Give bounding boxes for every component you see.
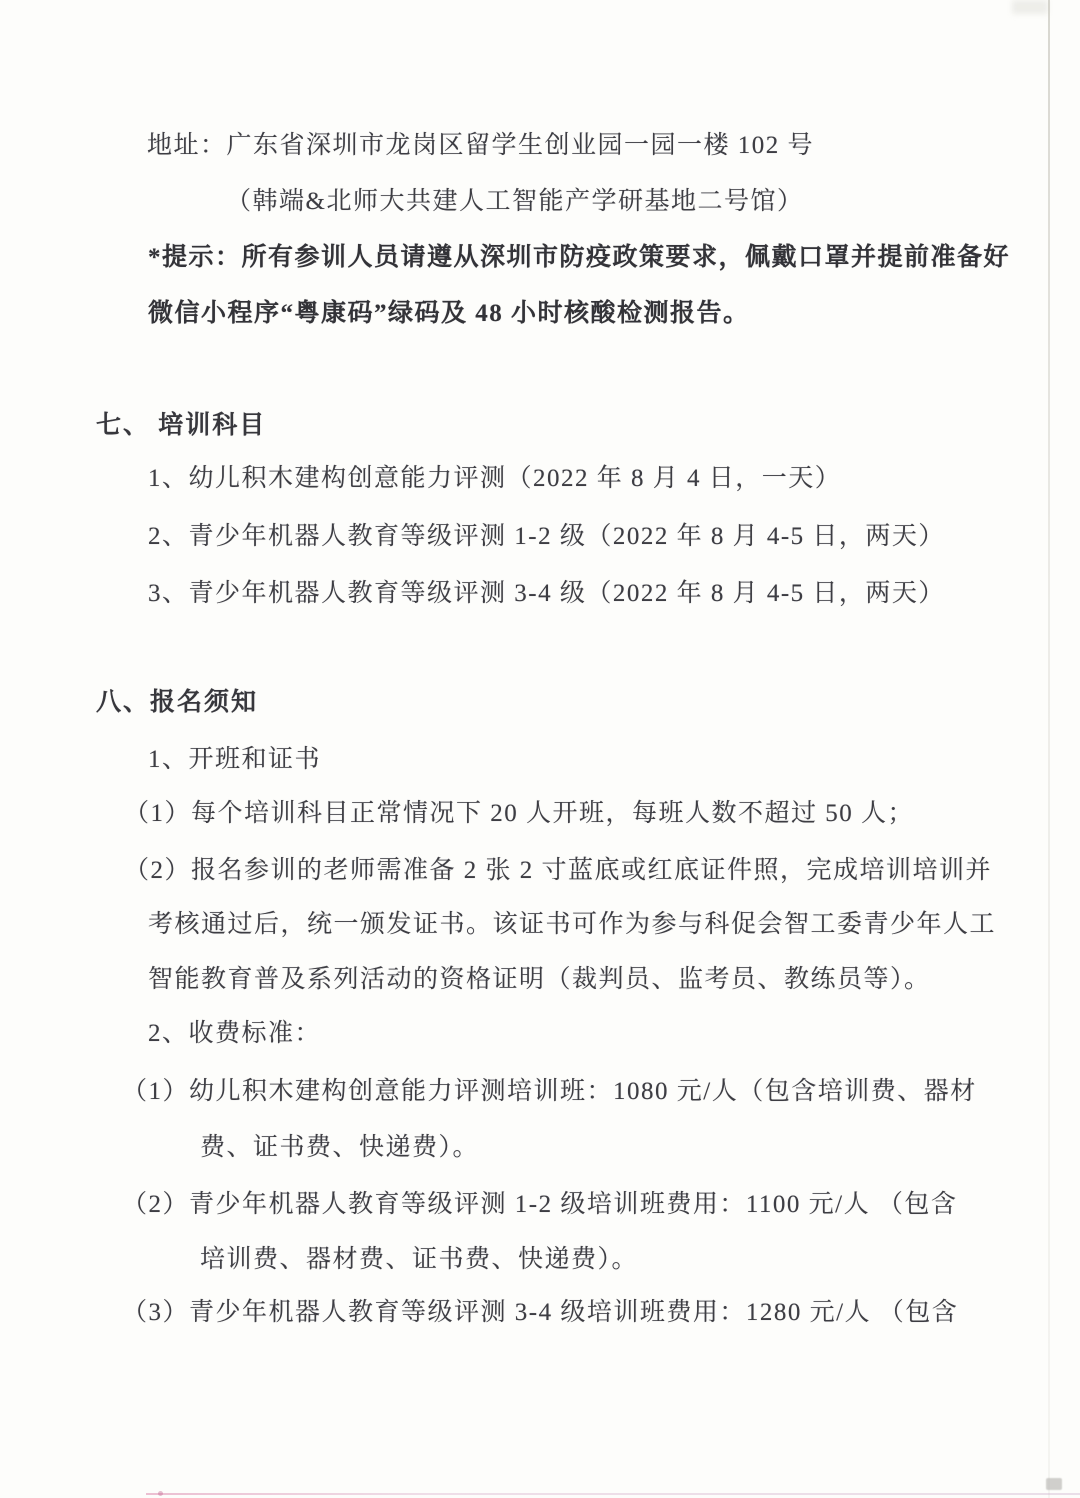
scan-smudge [1046, 1478, 1062, 1490]
section-8-sub-2-line-5: （3）青少年机器人教育等级评测 3-4 级培训班费用：1280 元/人 （包含 [122, 1298, 958, 1328]
section-8-sub-1-heading: 1、开班和证书 [148, 745, 321, 775]
section-8-sub-1-line-3: 考核通过后，统一颁发证书。该证书可作为参与科促会智工委青少年人工 [148, 910, 996, 940]
section-8-sub-1-line-1: （1）每个培训科目正常情况下 20 人开班，每班人数不超过 50 人； [124, 799, 914, 829]
covid-notice-line-2: 微信小程序“粤康码”绿码及 48 小时核酸检测报告。 [148, 299, 750, 329]
scan-edge-shade [1012, 0, 1048, 14]
covid-notice-line-1: *提示：所有参训人员请遵从深圳市防疫政策要求，佩戴口罩并提前准备好 [148, 243, 1010, 273]
section-8-sub-2-heading: 2、收费标准： [148, 1019, 321, 1049]
section-8-heading: 八、报名须知 [96, 688, 258, 718]
section-8-sub-1-line-2: （2）报名参训的老师需准备 2 张 2 寸蓝底或红底证件照，完成培训培训并 [124, 856, 992, 886]
section-8-sub-2-line-3: （2）青少年机器人教育等级评测 1-2 级培训班费用：1100 元/人 （包含 [122, 1190, 957, 1220]
section-8-sub-1-line-4: 智能教育普及系列活动的资格证明（裁判员、监考员、教练员等）。 [148, 965, 931, 995]
scan-edge-line [1048, 0, 1050, 1498]
section-8-sub-2-line-4: 培训费、器材费、证书费、快递费）。 [200, 1245, 638, 1275]
section-8-sub-2-line-2: 费、证书费、快递费）。 [200, 1133, 479, 1163]
section-8-sub-2-line-1: （1）幼儿积木建构创意能力评测培训班：1080 元/人（包含培训费、器材 [122, 1077, 977, 1107]
address-line-2: （韩端&北师大共建人工智能产学研基地二号馆） [226, 187, 803, 217]
scan-bottom-dot [158, 1491, 163, 1496]
section-7-item-1: 1、幼儿积木建构创意能力评测（2022 年 8 月 4 日，一天） [148, 464, 841, 494]
document-page: 地址：广东省深圳市龙岗区留学生创业园一园一楼 102 号 （韩端&北师大共建人工… [0, 0, 1080, 1498]
section-7-item-3: 3、青少年机器人教育等级评测 3-4 级（2022 年 8 月 4-5 日，两天… [148, 579, 945, 609]
section-7-heading: 七、 培训科目 [96, 411, 266, 441]
address-line-1: 地址：广东省深圳市龙岗区留学生创业园一园一楼 102 号 [147, 131, 814, 161]
scan-bottom-line [146, 1493, 1080, 1495]
section-7-item-2: 2、青少年机器人教育等级评测 1-2 级（2022 年 8 月 4-5 日，两天… [148, 522, 945, 552]
